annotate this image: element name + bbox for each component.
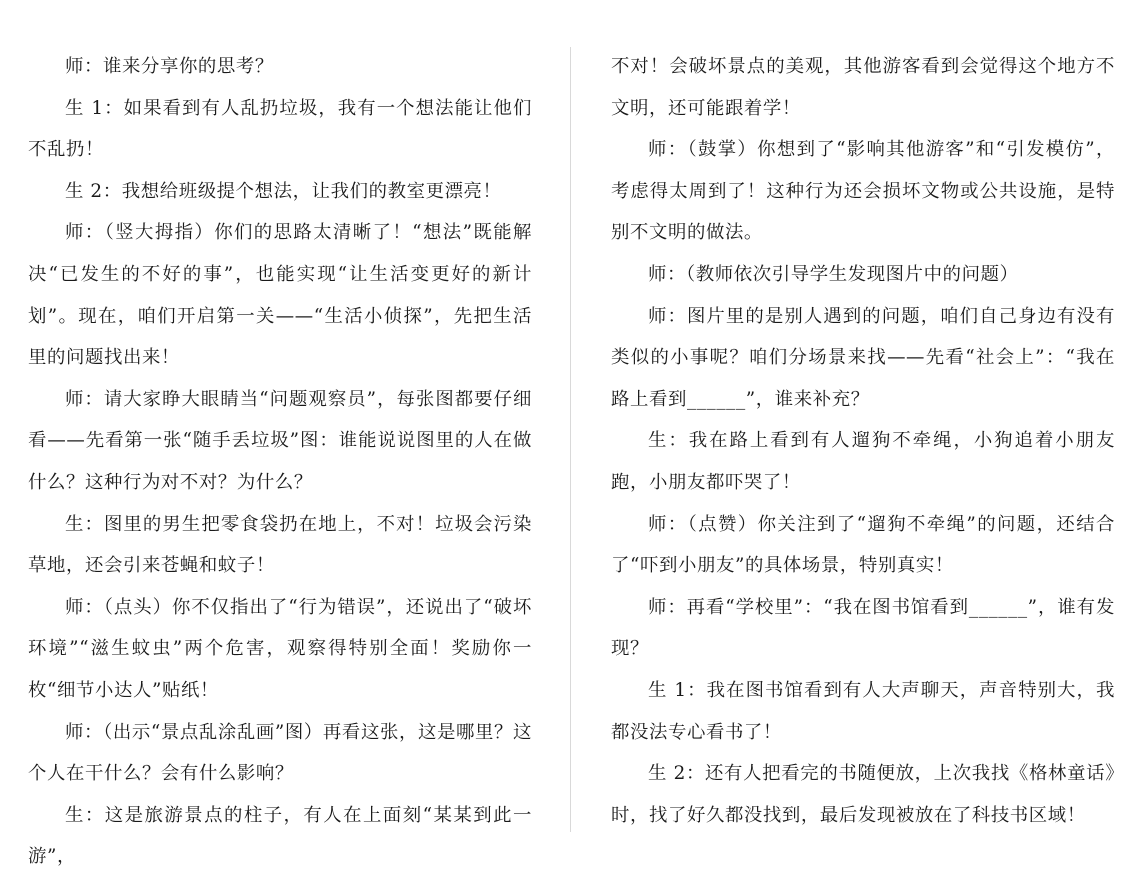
paragraph: 师：谁来分享你的思考？	[28, 46, 532, 88]
paragraph: 师：再看“学校里”：“我在图书馆看到______”，谁有发现？	[611, 587, 1115, 670]
paragraph: 师：请大家睁大眼睛当“问题观察员”，每张图都要仔细看——先看第一张“随手丢垃圾”…	[28, 379, 532, 504]
paragraph-continuation: 不对！会破坏景点的美观，其他游客看到会觉得这个地方不文明，还可能跟着学！	[611, 46, 1115, 129]
right-column: 不对！会破坏景点的美观，其他游客看到会觉得这个地方不文明，还可能跟着学！ 师：（…	[611, 46, 1115, 836]
paragraph: 生 1：我在图书馆看到有人大声聊天，声音特别大，我都没法专心看书了！	[611, 670, 1115, 753]
paragraph: 师：（鼓掌）你想到了“影响其他游客”和“引发模仿”，考虑得太周到了！这种行为还会…	[611, 129, 1115, 254]
paragraph: 生：这是旅游景点的柱子，有人在上面刻“某某到此一游”，	[28, 795, 532, 878]
paragraph: 师：（点赞）你关注到了“遛狗不牵绳”的问题，还结合了“吓到小朋友”的具体场景，特…	[611, 504, 1115, 587]
paragraph: 生：我在路上看到有人遛狗不牵绳，小狗追着小朋友跑，小朋友都吓哭了！	[611, 420, 1115, 503]
paragraph: 师：（点头）你不仅指出了“行为错误”，还说出了“破坏环境”“滋生蚊虫”两个危害，…	[28, 587, 532, 712]
paragraph: 师：图片里的是别人遇到的问题，咱们自己身边有没有类似的小事呢？咱们分场景来找——…	[611, 296, 1115, 421]
paragraph: 生 2：我想给班级提个想法，让我们的教室更漂亮！	[28, 171, 532, 213]
paragraph: 师：（出示“景点乱涂乱画”图）再看这张，这是哪里？这个人在干什么？会有什么影响？	[28, 712, 532, 795]
column-divider	[570, 47, 571, 832]
paragraph: 生：图里的男生把零食袋扔在地上，不对！垃圾会污染草地，还会引来苍蝇和蚊子！	[28, 504, 532, 587]
paragraph: 师：（教师依次引导学生发现图片中的问题）	[611, 254, 1115, 296]
paragraph: 师：（竖大拇指）你们的思路太清晰了！“想法”既能解决“已发生的不好的事”，也能实…	[28, 212, 532, 378]
left-column: 师：谁来分享你的思考？ 生 1：如果看到有人乱扔垃圾，我有一个想法能让他们不乱扔…	[28, 46, 532, 878]
document-spread: 师：谁来分享你的思考？ 生 1：如果看到有人乱扔垃圾，我有一个想法能让他们不乱扔…	[0, 0, 1148, 880]
paragraph: 生 2：还有人把看完的书随便放，上次我找《格林童话》时，找了好久都没找到，最后发…	[611, 753, 1115, 836]
paragraph: 生 1：如果看到有人乱扔垃圾，我有一个想法能让他们不乱扔！	[28, 88, 532, 171]
